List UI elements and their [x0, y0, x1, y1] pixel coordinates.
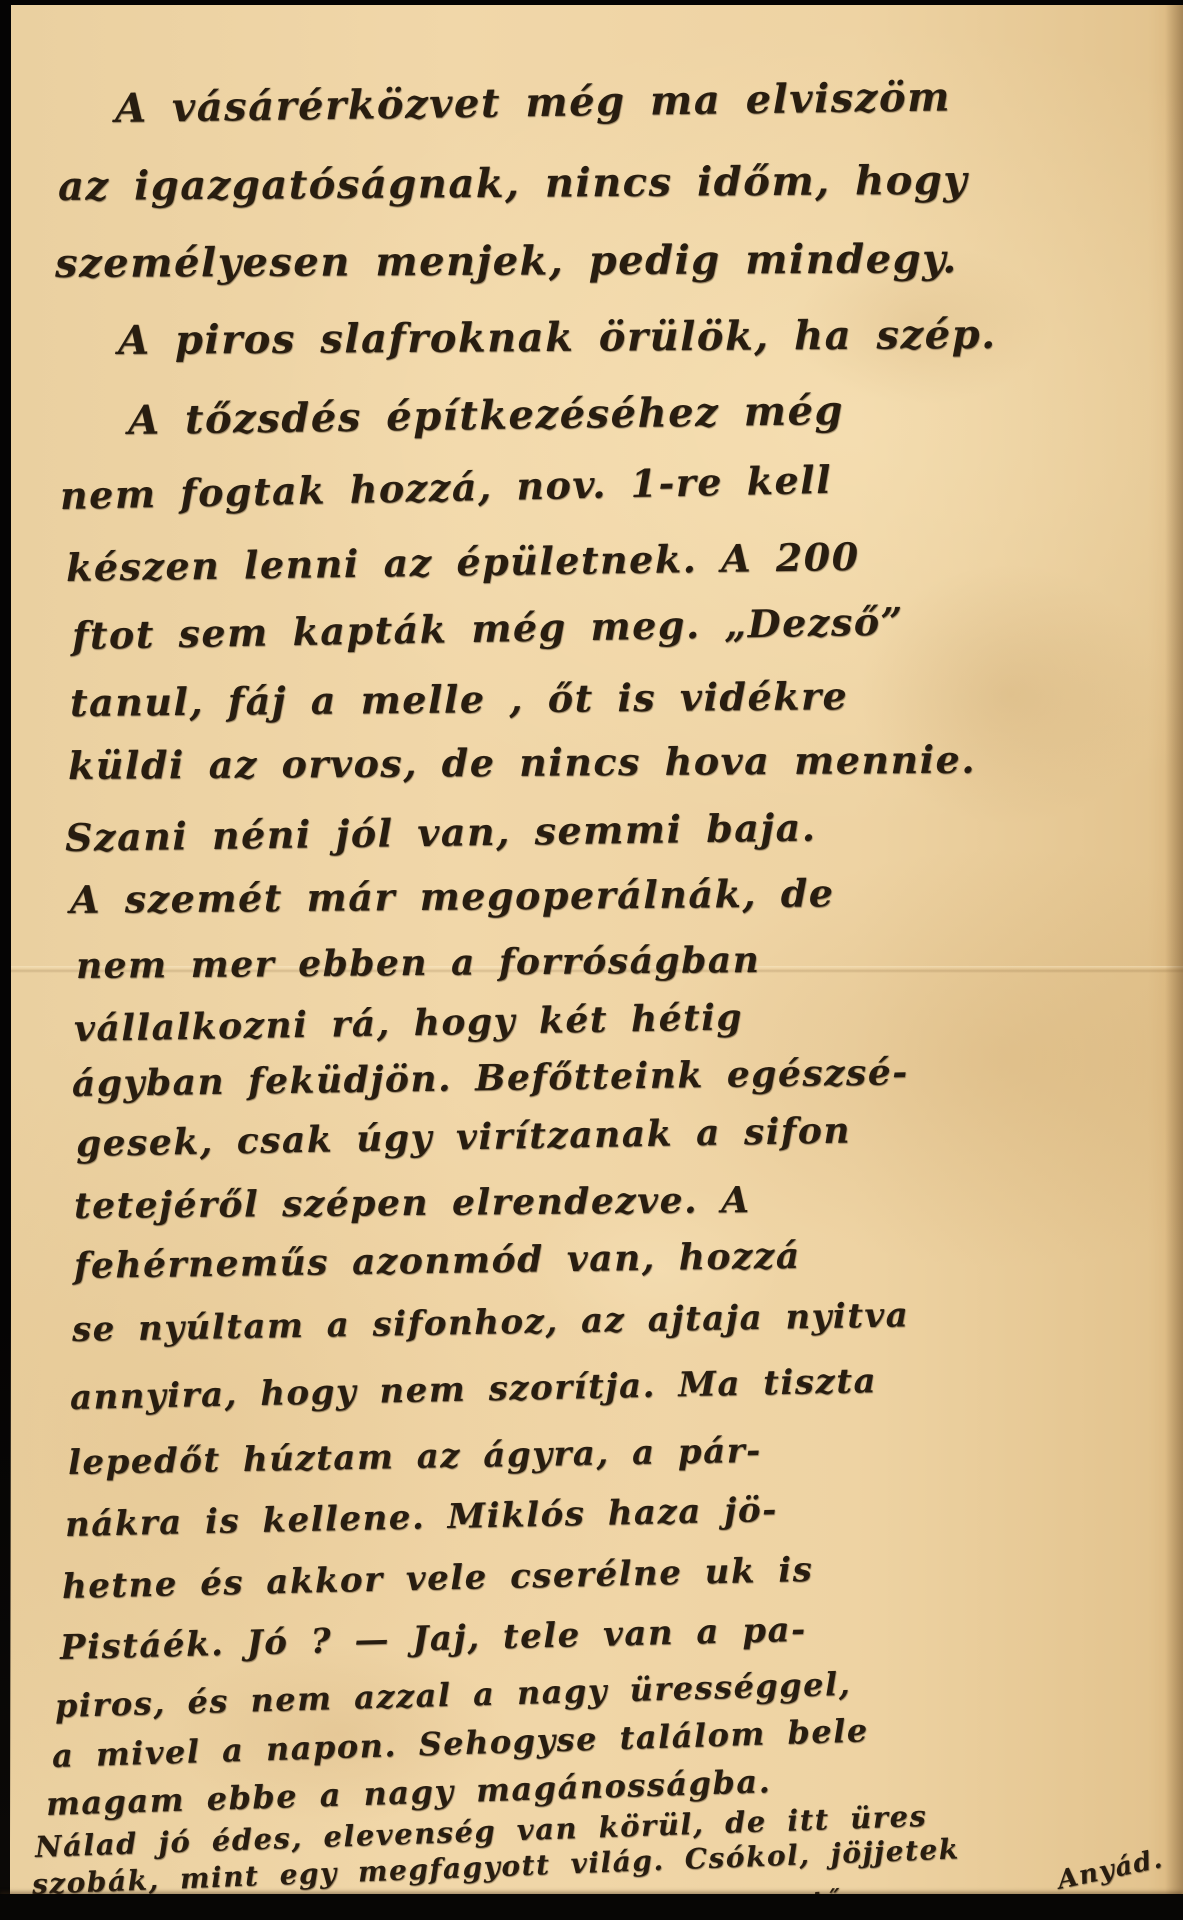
handwritten-line-11: Szani néni jól van, semmi baja.	[65, 805, 817, 860]
handwritten-line-18: fehérneműs azonmód van, hozzá	[74, 1235, 801, 1287]
handwritten-line-12: A szemét már megoperálnák, de	[70, 870, 835, 922]
letter-paper: A vásárérközvet még ma elviszömaz igazga…	[10, 4, 1183, 1920]
handwritten-line-8: ftot sem kapták még meg. „Dezső”	[72, 598, 905, 658]
handwritten-line-31: Anyád.	[1055, 1844, 1166, 1896]
handwritten-line-5: A tőzsdés építkezéséhez még	[128, 387, 845, 444]
handwritten-line-23: hetne és akkor vele cserélne uk is	[62, 1550, 814, 1607]
handwritten-line-7: készen lenni az épületnek. A 200	[66, 534, 860, 590]
handwritten-line-13: nem mer ebben a forróságban	[76, 939, 761, 987]
handwritten-line-15: ágyban feküdjön. Befőtteink egészsé-	[72, 1051, 909, 1105]
handwriting-text-block: A vásárérközvet még ma elviszömaz igazga…	[10, 4, 1183, 1920]
handwritten-line-22: nákra is kellene. Miklós haza jö-	[65, 1490, 779, 1545]
handwritten-line-6: nem fogtak hozzá, nov. 1-re kell	[60, 457, 833, 518]
handwritten-line-19: se nyúltam a sifonhoz, az ajtaja nyitva	[72, 1295, 910, 1350]
paper-edge-right	[1165, 0, 1183, 1920]
handwritten-line-21: lepedőt húztam az ágyra, a pár-	[68, 1431, 762, 1483]
handwritten-line-10: küldi az orvos, de nincs hova mennie.	[68, 737, 976, 788]
handwritten-line-20: annyira, hogy nem szorítja. Ma tiszta	[70, 1361, 878, 1418]
handwritten-line-4: A piros slafroknak örülök, ha szép.	[118, 311, 997, 364]
handwritten-line-24: Pistáék. Jó ? — Jaj, tele van a pa-	[60, 1610, 808, 1668]
handwritten-line-3: személyesen menjek, pedig mindegy.	[55, 235, 958, 287]
handwritten-line-2: az igazgatóságnak, nincs időm, hogy	[58, 157, 968, 210]
scan-edge-left	[0, 0, 11, 1920]
scanned-letter-page: A vásárérközvet még ma elviszömaz igazga…	[0, 0, 1183, 1920]
handwritten-line-1: A vásárérközvet még ma elviszöm	[115, 73, 952, 132]
handwritten-line-17: tetejéről szépen elrendezve. A	[74, 1179, 751, 1227]
handwritten-line-9: tanul, fáj a melle , őt is vidékre	[70, 673, 849, 725]
handwritten-line-14: vállalkozni rá, hogy két hétig	[74, 996, 744, 1050]
scan-edge-bottom	[0, 1894, 1183, 1920]
scan-edge-top	[0, 0, 1183, 5]
handwritten-line-16: gesek, csak úgy virítzanak a sifon	[76, 1109, 852, 1165]
